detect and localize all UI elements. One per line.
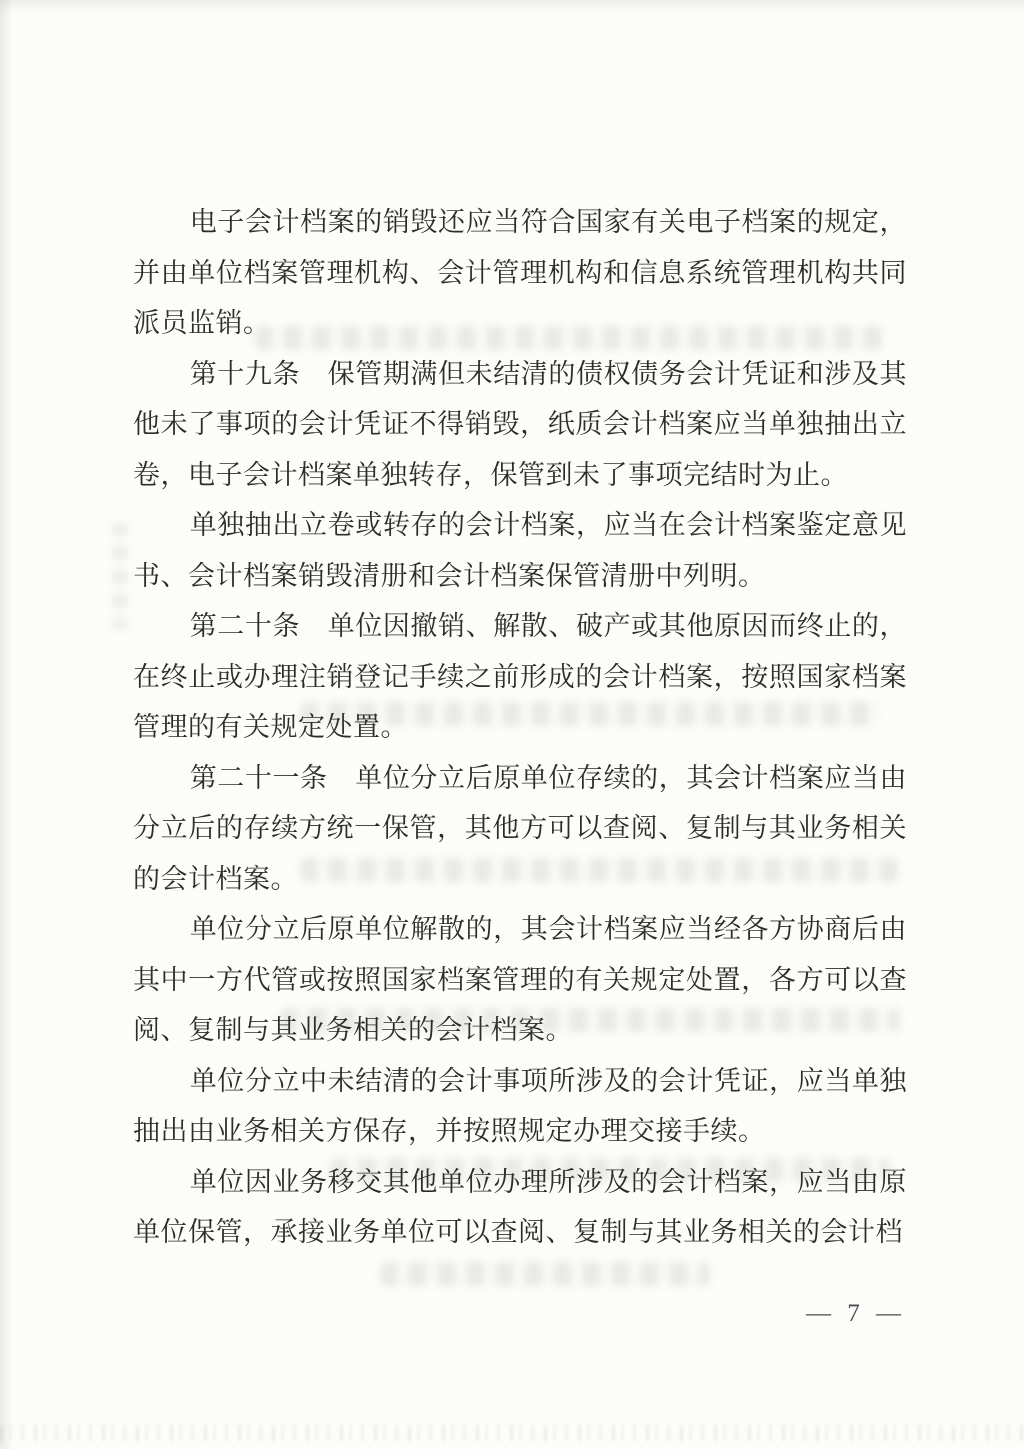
scan-edge-top <box>0 0 1024 14</box>
paragraph-unit-split-dissolved: 单位分立后原单位解散的，其会计档案应当经各方协商后由其中一方代管或按照国家档案管… <box>133 904 907 1056</box>
paragraph-article-19: 第十九条 保管期满但未结清的债权债务会计凭证和涉及其他未了事项的会计凭证不得销毁… <box>133 349 907 501</box>
document-text: 电子会计档案的销毁还应当符合国家有关电子档案的规定，并由单位档案管理机构、会计管… <box>133 197 907 1258</box>
bleed-through-smudge <box>380 1262 710 1286</box>
paragraph-separate-filing-listing: 单独抽出立卷或转存的会计档案，应当在会计档案鉴定意见书、会计档案销毁清册和会计档… <box>133 500 907 601</box>
paragraph-article-21: 第二十一条 单位分立后原单位存续的，其会计档案应当由分立后的存续方统一保管，其他… <box>133 753 907 905</box>
page-number: — 7 — <box>806 1300 906 1328</box>
scanned-document-page: 电子会计档案的销毁还应当符合国家有关电子档案的规定，并由单位档案管理机构、会计管… <box>0 0 1024 1449</box>
paragraph-article-20: 第二十条 单位因撤销、解散、破产或其他原因而终止的，在终止或办理注销登记手续之前… <box>133 601 907 753</box>
paragraph-business-transfer: 单位因业务移交其他单位办理所涉及的会计档案，应当由原单位保管，承接业务单位可以查… <box>133 1157 907 1258</box>
paragraph-unsettled-vouchers: 单位分立中未结清的会计事项所涉及的会计凭证，应当单独抽出由业务相关方保存，并按照… <box>133 1056 907 1157</box>
bleed-through-smudge <box>112 520 128 630</box>
scan-noise-bottom <box>0 1425 1024 1441</box>
scan-edge-left <box>0 0 13 1449</box>
paragraph-electronic-archive-destruction: 电子会计档案的销毁还应当符合国家有关电子档案的规定，并由单位档案管理机构、会计管… <box>133 197 907 349</box>
